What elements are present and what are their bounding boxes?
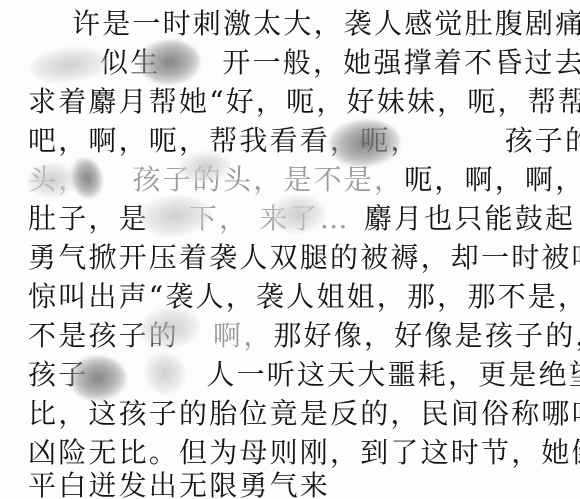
text-segment: 肚子，是 (28, 202, 149, 235)
text-line-3: 求着麝月帮她“好，呃，好妹妹，呃，帮帮我 (28, 84, 580, 120)
text-segment: 勇气掀开压着袭人双腿的被褥，却一时被吓的 (28, 241, 580, 274)
text-segment: 许是一时刺激太大，袭人感觉肚腹剧痛， (72, 7, 580, 40)
text-line-5: 头，孩子的头，是不是，呃，啊，啊，我 (28, 162, 580, 198)
text-segment: 开一般，她强撑着不昏过去， (222, 46, 580, 79)
text-segment: 凶险无比。但为母则刚，到了这时节，她倒也 (28, 436, 580, 469)
text-line-9: 不是孩子的啊，那好像，好像是孩子的， (28, 318, 580, 354)
text-segment: 人一听这天大噩耗，更是绝望无 (206, 358, 580, 391)
text-segment: 求着麝月帮她“好，呃，好妹妹，呃，帮帮我 (28, 85, 580, 118)
text-line-12: 凶险无比。但为母则刚，到了这时节，她倒也 (28, 435, 580, 471)
text-segment: 那好像，好像是孩子的， (273, 319, 580, 352)
text-segment: 惊叫出声“袭人，袭人姐姐，那，那不是，那 (28, 280, 580, 313)
text-segment: 呃，啊，啊，我 (404, 163, 580, 196)
text-segment: 啊， (213, 319, 273, 352)
text-segment: 麝月也只能鼓起 (364, 202, 575, 235)
text-line-7: 勇气掀开压着袭人双腿的被褥，却一时被吓的 (28, 240, 580, 276)
text-segment: 平白迸发出无限勇气来 (28, 469, 330, 499)
text-segment: 孩子的 (505, 124, 580, 157)
text-line-8: 惊叫出声“袭人，袭人姐姐，那，那不是，那 (28, 279, 580, 315)
text-segment: 比，这孩子的胎位竟是反的，民间俗称哪吒胎， (28, 397, 580, 430)
text-line-2: 似生开一般，她强撑着不昏过去， (28, 45, 580, 81)
text-line-1: 许是一时刺激太大，袭人感觉肚腹剧痛， (72, 6, 580, 42)
text-line-13: 平白迸发出无限勇气来 (28, 468, 330, 499)
text-segment: 孩子的头，是不是， (132, 163, 404, 196)
text-line-11: 比，这孩子的胎位竟是反的，民间俗称哪吒胎， (28, 396, 580, 432)
scanned-text-page: 许是一时刺激太大，袭人感觉肚腹剧痛， 似生开一般，她强撑着不昏过去， 求着麝月帮… (0, 0, 580, 499)
text-line-4: 吧，啊，呃，帮我看看，呃，孩子的 (28, 123, 580, 159)
